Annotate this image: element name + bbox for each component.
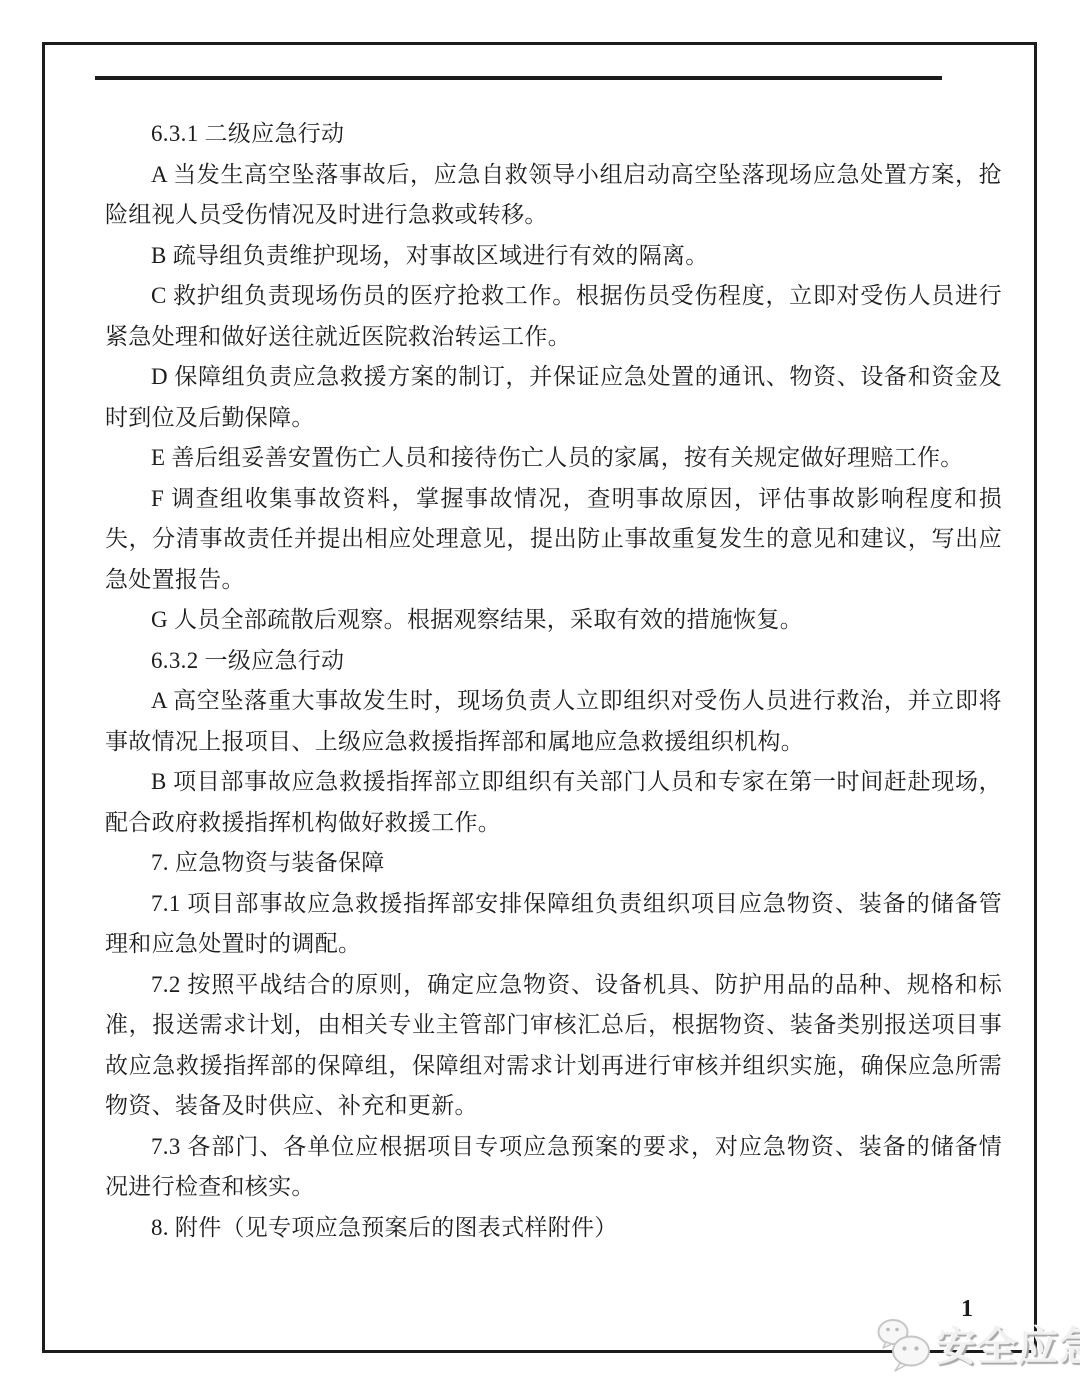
wechat-icon [876,1318,934,1376]
paragraph: 6.3.1 二级应急行动 [105,114,1002,155]
watermark-label: 安全应急 [936,1327,1080,1367]
watermark: 安全应急 [876,1318,1080,1376]
paragraph: A 高空坠落重大事故发生时，现场负责人立即组织对受伤人员进行救治，并立即将事故情… [105,681,1002,762]
header-rule [95,76,942,80]
document-body: 6.3.1 二级应急行动A 当发生高空坠落事故后，应急自救领导小组启动高空坠落现… [105,114,1002,1248]
paragraph: 6.3.2 一级应急行动 [105,641,1002,682]
paragraph: F 调查组收集事故资料，掌握事故情况，查明事故原因，评估事故影响程度和损失，分清… [105,479,1002,601]
paragraph: 8. 附件（见专项应急预案后的图表式样附件） [105,1208,1002,1249]
paragraph: A 当发生高空坠落事故后，应急自救领导小组启动高空坠落现场应急处置方案，抢险组视… [105,155,1002,236]
paragraph: 7.1 项目部事故应急救援指挥部安排保障组负责组织项目应急物资、装备的储备管理和… [105,884,1002,965]
paragraph: 7. 应急物资与装备保障 [105,843,1002,884]
paragraph: 7.3 各部门、各单位应根据项目专项应急预案的要求，对应急物资、装备的储备情况进… [105,1127,1002,1208]
paragraph: E 善后组妥善安置伤亡人员和接待伤亡人员的家属，按有关规定做好理赔工作。 [105,438,1002,479]
paragraph: G 人员全部疏散后观察。根据观察结果，采取有效的措施恢复。 [105,600,1002,641]
paragraph: B 疏导组负责维护现场，对事故区域进行有效的隔离。 [105,236,1002,277]
paragraph: D 保障组负责应急救援方案的制订，并保证应急处置的通讯、物资、设备和资金及时到位… [105,357,1002,438]
paragraph: B 项目部事故应急救援指挥部立即组织有关部门人员和专家在第一时间赶赴现场，配合政… [105,762,1002,843]
paragraph: 7.2 按照平战结合的原则，确定应急物资、设备机具、防护用品的品种、规格和标准，… [105,965,1002,1127]
paragraph: C 救护组负责现场伤员的医疗抢救工作。根据伤员受伤程度，立即对受伤人员进行紧急处… [105,276,1002,357]
